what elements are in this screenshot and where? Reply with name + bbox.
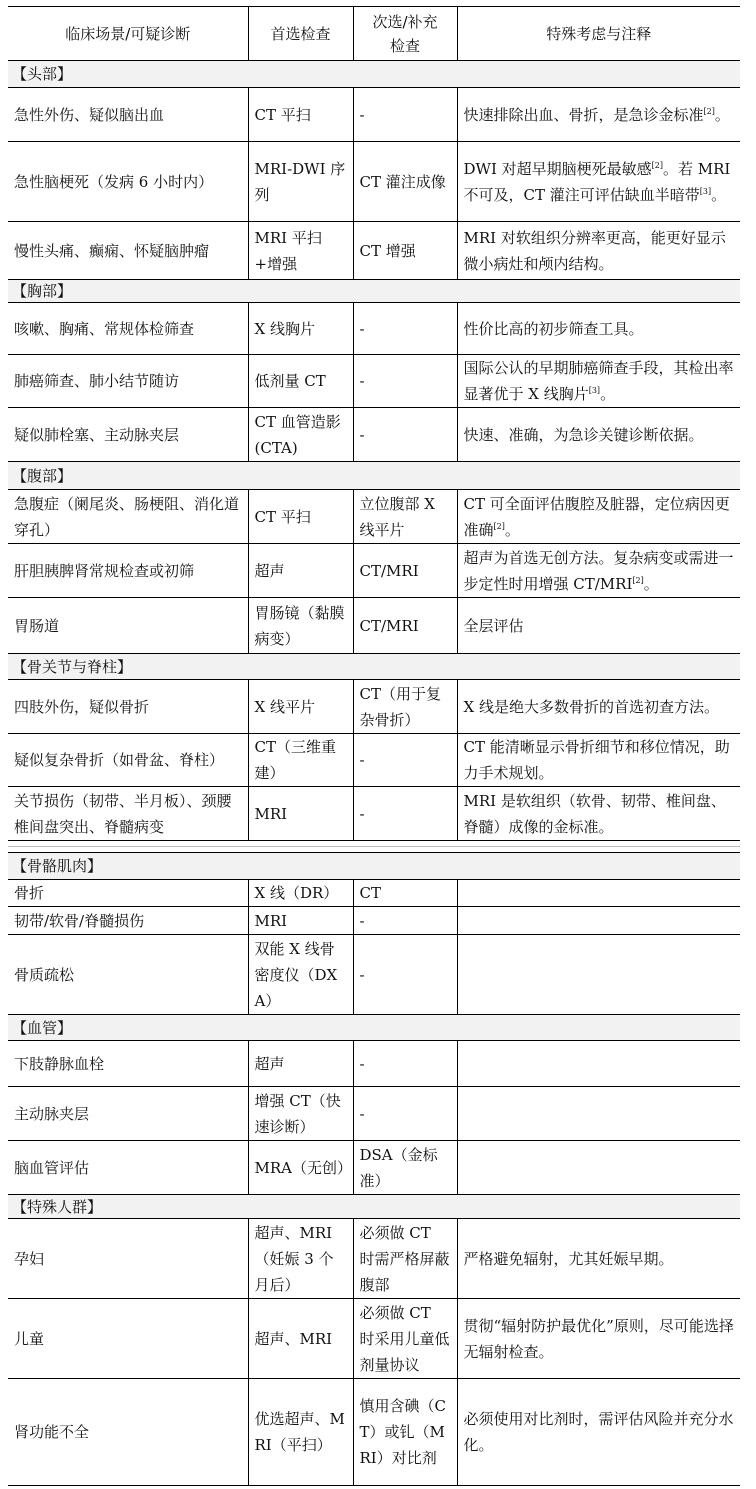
scenario-cell: 肝胆胰脾肾常规检查或初筛 [8, 544, 248, 598]
header-row: 临床场景/可疑诊断 首选检查 次选/补充检查 特殊考虑与注释 [8, 7, 740, 61]
note-cell [457, 880, 740, 907]
scenario-cell: 疑似肺栓塞、主动脉夹层 [8, 408, 248, 462]
first-choice-cell: MRI [248, 907, 353, 935]
note-cell [457, 1087, 740, 1141]
section-chest: 【胸部】 [8, 280, 740, 303]
table-row: 主动脉夹层 增强 CT（快速诊断） - [8, 1087, 740, 1141]
section-vascular: 【血管】 [8, 1015, 740, 1041]
first-choice-cell: X 线（DR） [248, 880, 353, 907]
citation: [2] [704, 107, 715, 116]
note-cell: 超声为首选无创方法。复杂病变或需进一步定性时用增强 CT/MRI[2]。 [457, 544, 740, 598]
second-choice-cell: CT 灌注成像 [353, 142, 457, 222]
table-row: 关节损伤（韧带、半月板）、颈腰椎间盘突出、脊髓病变 MRI - MRI 是软组织… [8, 787, 740, 841]
first-choice-cell: CT（三维重建） [248, 734, 353, 787]
table-row: 下肢静脉血栓 超声 - [8, 1041, 740, 1087]
second-choice-cell: 必须做 CT 时采用儿童低剂量协议 [353, 1299, 457, 1379]
section-title: 【骨骼肌肉】 [8, 853, 740, 880]
scenario-cell: 急腹症（阑尾炎、肠梗阻、消化道穿孔） [8, 490, 248, 544]
scenario-cell: 四肢外伤，疑似骨折 [8, 680, 248, 734]
scenario-cell: 主动脉夹层 [8, 1087, 248, 1141]
note-cell [457, 1041, 740, 1087]
citation: [2] [652, 161, 663, 170]
second-choice-cell: - [353, 935, 457, 1015]
scenario-cell: 骨质疏松 [8, 935, 248, 1015]
scenario-cell: 咳嗽、胸痛、常规体检筛查 [8, 303, 248, 355]
second-choice-cell: - [353, 734, 457, 787]
citation: [3] [700, 187, 711, 196]
note-cell: CT 能清晰显示骨折细节和移位情况，助力手术规划。 [457, 734, 740, 787]
table-row: 骨折 X 线（DR） CT [8, 880, 740, 907]
header-first-choice: 首选检查 [248, 7, 353, 61]
header-second-choice: 次选/补充检查 [353, 7, 457, 61]
first-choice-cell: 低剂量 CT [248, 355, 353, 408]
section-title: 【特殊人群】 [8, 1195, 740, 1219]
section-title: 【头部】 [8, 61, 740, 88]
note-cell: MRI 对软组织分辨率更高，能更好显示微小病灶和颅内结构。 [457, 222, 740, 280]
scenario-cell: 脑血管评估 [8, 1141, 248, 1195]
scenario-cell: 骨折 [8, 880, 248, 907]
citation: [2] [632, 576, 643, 585]
first-choice-cell: 增强 CT（快速诊断） [248, 1087, 353, 1141]
section-special-populations: 【特殊人群】 [8, 1195, 740, 1219]
first-choice-cell: 超声 [248, 1041, 353, 1087]
note-cell: CT 可全面评估腹腔及脏器，定位病因更准确[2]。 [457, 490, 740, 544]
note-cell: X 线是绝大多数骨折的首选初查方法。 [457, 680, 740, 734]
second-choice-cell: - [353, 787, 457, 841]
table-row: 肝胆胰脾肾常规检查或初筛 超声 CT/MRI 超声为首选无创方法。复杂病变或需进… [8, 544, 740, 598]
scenario-cell: 肺癌筛查、肺小结节随访 [8, 355, 248, 408]
note-cell [457, 935, 740, 1015]
second-choice-cell: CT [353, 880, 457, 907]
section-abdomen: 【腹部】 [8, 462, 740, 490]
citation: [3] [589, 386, 600, 395]
second-choice-cell: - [353, 1087, 457, 1141]
note-cell: 快速、准确，为急诊关键诊断依据。 [457, 408, 740, 462]
note-cell: 严格避免辐射，尤其妊娠早期。 [457, 1219, 740, 1299]
scenario-cell: 慢性头痛、癫痫、怀疑脑肿瘤 [8, 222, 248, 280]
first-choice-cell: X 线胸片 [248, 303, 353, 355]
section-title: 【胸部】 [8, 280, 740, 303]
imaging-guide-table: 临床场景/可疑诊断 首选检查 次选/补充检查 特殊考虑与注释 【头部】 急性外伤… [8, 6, 740, 841]
table-row: 急腹症（阑尾炎、肠梗阻、消化道穿孔） CT 平扫 立位腹部 X 线平片 CT 可… [8, 490, 740, 544]
table-row: 肺癌筛查、肺小结节随访 低剂量 CT - 国际公认的早期肺癌筛查手段，其检出率显… [8, 355, 740, 408]
note-cell: 贯彻“辐射防护最优化”原则，尽可能选择无辐射检查。 [457, 1299, 740, 1379]
scenario-cell: 孕妇 [8, 1219, 248, 1299]
citation: [2] [494, 522, 505, 531]
first-choice-cell: CT 平扫 [248, 490, 353, 544]
table-row: 孕妇 超声、MRI（妊娠 3 个月后） 必须做 CT 时需严格屏蔽腹部 严格避免… [8, 1219, 740, 1299]
first-choice-cell: 超声 [248, 544, 353, 598]
section-head: 【头部】 [8, 61, 740, 88]
second-choice-cell: 必须做 CT 时需严格屏蔽腹部 [353, 1219, 457, 1299]
header-notes: 特殊考虑与注释 [457, 7, 740, 61]
second-choice-cell: - [353, 907, 457, 935]
scenario-cell: 肾功能不全 [8, 1379, 248, 1486]
scenario-cell: 胃肠道 [8, 598, 248, 654]
header-scenario: 临床场景/可疑诊断 [8, 7, 248, 61]
table-row: 骨质疏松 双能 X 线骨密度仪（DXA） - [8, 935, 740, 1015]
table-separator [8, 846, 740, 847]
section-title: 【血管】 [8, 1015, 740, 1041]
table-row: 急性脑梗死（发病 6 小时内） MRI-DWI 序列 CT 灌注成像 DWI 对… [8, 142, 740, 222]
imaging-guide-table-continued: 【骨骼肌肉】 骨折 X 线（DR） CT 韧带/软骨/脊髓损伤 MRI - 骨质… [8, 852, 740, 1486]
scenario-cell: 关节损伤（韧带、半月板）、颈腰椎间盘突出、脊髓病变 [8, 787, 248, 841]
note-cell: MRI 是软组织（软骨、韧带、椎间盘、脊髓）成像的金标准。 [457, 787, 740, 841]
table-row: 疑似肺栓塞、主动脉夹层 CT 血管造影(CTA) - 快速、准确，为急诊关键诊断… [8, 408, 740, 462]
table-row: 四肢外伤，疑似骨折 X 线平片 CT（用于复杂骨折） X 线是绝大多数骨折的首选… [8, 680, 740, 734]
table-row: 儿童 超声、MRI 必须做 CT 时采用儿童低剂量协议 贯彻“辐射防护最优化”原… [8, 1299, 740, 1379]
second-choice-cell: 立位腹部 X 线平片 [353, 490, 457, 544]
scenario-cell: 下肢静脉血栓 [8, 1041, 248, 1087]
first-choice-cell: MRI 平扫+增强 [248, 222, 353, 280]
first-choice-cell: MRA（无创） [248, 1141, 353, 1195]
note-cell: 必须使用对比剂时，需评估风险并充分水化。 [457, 1379, 740, 1486]
second-choice-cell: CT（用于复杂骨折） [353, 680, 457, 734]
section-musculoskeletal: 【骨骼肌肉】 [8, 853, 740, 880]
section-title: 【腹部】 [8, 462, 740, 490]
note-cell [457, 1141, 740, 1195]
note-cell: DWI 对超早期脑梗死最敏感[2]。若 MRI 不可及，CT 灌注可评估缺血半暗… [457, 142, 740, 222]
section-bones-spine: 【骨关节与脊柱】 [8, 654, 740, 680]
scenario-cell: 疑似复杂骨折（如骨盆、脊柱） [8, 734, 248, 787]
table-row: 疑似复杂骨折（如骨盆、脊柱） CT（三维重建） - CT 能清晰显示骨折细节和移… [8, 734, 740, 787]
first-choice-cell: MRI-DWI 序列 [248, 142, 353, 222]
table-row: 韧带/软骨/脊髓损伤 MRI - [8, 907, 740, 935]
note-cell: 性价比高的初步筛查工具。 [457, 303, 740, 355]
note-cell [457, 907, 740, 935]
second-choice-cell: - [353, 88, 457, 142]
scenario-cell: 急性外伤、疑似脑出血 [8, 88, 248, 142]
first-choice-cell: 超声、MRI [248, 1299, 353, 1379]
table-row: 慢性头痛、癫痫、怀疑脑肿瘤 MRI 平扫+增强 CT 增强 MRI 对软组织分辨… [8, 222, 740, 280]
table-row: 胃肠道 胃肠镜（黏膜病变） CT/MRI 全层评估 [8, 598, 740, 654]
scenario-cell: 韧带/软骨/脊髓损伤 [8, 907, 248, 935]
second-choice-cell: CT/MRI [353, 544, 457, 598]
section-title: 【骨关节与脊柱】 [8, 654, 740, 680]
first-choice-cell: 超声、MRI（妊娠 3 个月后） [248, 1219, 353, 1299]
first-choice-cell: 优选超声、MRI（平扫） [248, 1379, 353, 1486]
first-choice-cell: X 线平片 [248, 680, 353, 734]
first-choice-cell: MRI [248, 787, 353, 841]
table-row: 咳嗽、胸痛、常规体检筛查 X 线胸片 - 性价比高的初步筛查工具。 [8, 303, 740, 355]
scenario-cell: 儿童 [8, 1299, 248, 1379]
second-choice-cell: - [353, 303, 457, 355]
first-choice-cell: CT 血管造影(CTA) [248, 408, 353, 462]
note-cell: 全层评估 [457, 598, 740, 654]
second-choice-cell: - [353, 1041, 457, 1087]
second-choice-cell: 慎用含碘（CT）或钆（MRI）对比剂 [353, 1379, 457, 1486]
second-choice-cell: DSA（金标准） [353, 1141, 457, 1195]
second-choice-cell: CT 增强 [353, 222, 457, 280]
table-row: 急性外伤、疑似脑出血 CT 平扫 - 快速排除出血、骨折，是急诊金标准[2]。 [8, 88, 740, 142]
first-choice-cell: 双能 X 线骨密度仪（DXA） [248, 935, 353, 1015]
table-row: 肾功能不全 优选超声、MRI（平扫） 慎用含碘（CT）或钆（MRI）对比剂 必须… [8, 1379, 740, 1486]
note-cell: 国际公认的早期肺癌筛查手段，其检出率显著优于 X 线胸片[3]。 [457, 355, 740, 408]
first-choice-cell: 胃肠镜（黏膜病变） [248, 598, 353, 654]
first-choice-cell: CT 平扫 [248, 88, 353, 142]
second-choice-cell: - [353, 355, 457, 408]
note-cell: 快速排除出血、骨折，是急诊金标准[2]。 [457, 88, 740, 142]
scenario-cell: 急性脑梗死（发病 6 小时内） [8, 142, 248, 222]
second-choice-cell: - [353, 408, 457, 462]
second-choice-cell: CT/MRI [353, 598, 457, 654]
table-row: 脑血管评估 MRA（无创） DSA（金标准） [8, 1141, 740, 1195]
